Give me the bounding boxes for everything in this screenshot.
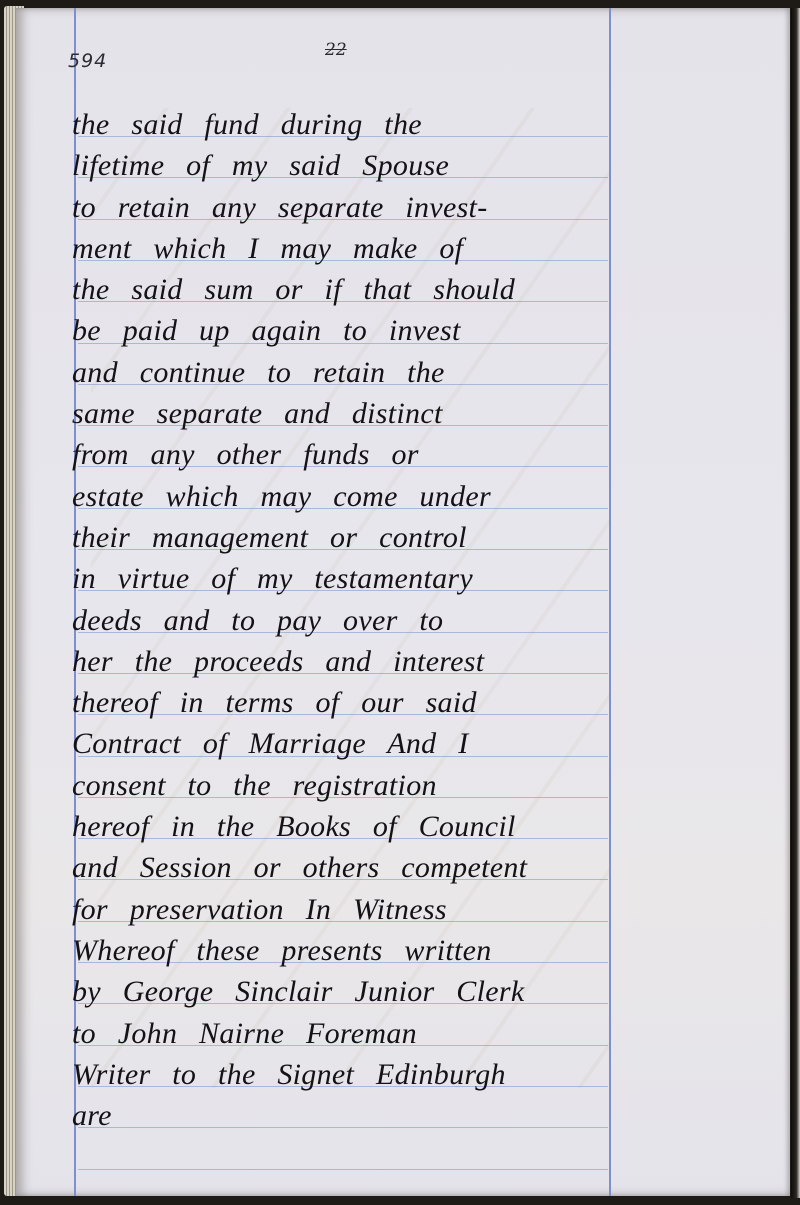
text-line: deeds and to pay over to	[72, 600, 622, 641]
handwritten-text: the said fund during the lifetime of my …	[72, 104, 622, 1136]
text-line: same separate and distinct	[72, 393, 622, 434]
text-line: the said fund during the	[72, 104, 622, 145]
text-line: in virtue of my testamentary	[72, 558, 622, 599]
text-line: from any other funds or	[72, 434, 622, 475]
text-line: Whereof these presents written	[72, 930, 622, 971]
binding-edge	[791, 8, 800, 1198]
text-line: by George Sinclair Junior Clerk	[72, 971, 622, 1012]
text-line: to retain any separate invest-	[72, 187, 622, 228]
text-line: hereof in the Books of Council	[72, 806, 622, 847]
text-line: and Session or others competent	[72, 847, 622, 888]
text-line: consent to the registration	[72, 765, 622, 806]
text-line: for preservation In Witness	[72, 889, 622, 930]
text-line: lifetime of my said Spouse	[72, 145, 622, 186]
rule-line	[78, 1169, 608, 1170]
text-line: ment which I may make of	[72, 228, 622, 269]
text-line: Writer to the Signet Edinburgh	[72, 1054, 622, 1095]
text-line: estate which may come under	[72, 476, 622, 517]
text-line: the said sum or if that should	[72, 269, 622, 310]
text-line: her the proceeds and interest	[72, 641, 622, 682]
text-line: their management or control	[72, 517, 622, 558]
text-line: Contract of Marriage And I	[72, 723, 622, 764]
text-line: and continue to retain the	[72, 352, 622, 393]
text-line: are	[72, 1095, 622, 1136]
struck-folio-number: 22	[325, 40, 347, 60]
text-line: to John Nairne Foreman	[72, 1013, 622, 1054]
text-line: thereof in terms of our said	[72, 682, 622, 723]
ledger-book: 594 22 the said fund during the lifetime…	[0, 0, 800, 1205]
page-number: 594	[68, 50, 107, 72]
text-line: be paid up again to invest	[72, 310, 622, 351]
